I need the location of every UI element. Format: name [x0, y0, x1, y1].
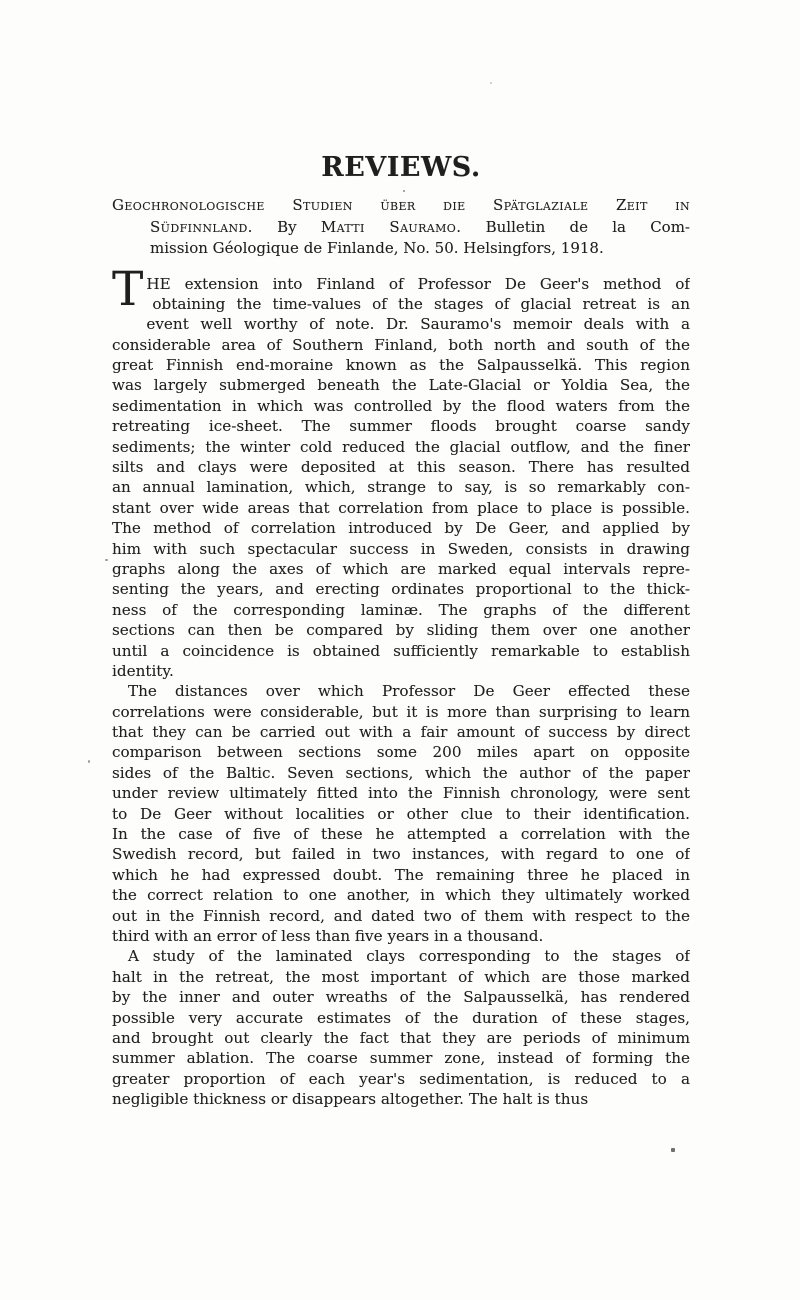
- text-line: by the inner and outer wreaths of the Sa…: [112, 987, 690, 1007]
- text-line: ness of the corresponding laminæ. The gr…: [112, 600, 690, 620]
- text-line: which he had expressed doubt. The remain…: [112, 865, 690, 885]
- citation-line: Südfinnland. By Matti Sauramo. Bulletin …: [112, 217, 690, 239]
- text-line: out in the Finnish record, and dated two…: [112, 906, 690, 926]
- citation-line: Geochronologische Studien über die Spätg…: [112, 195, 690, 217]
- text-line: senting the years, and erecting ordinate…: [112, 579, 690, 599]
- text-line: negligible thickness or disappears altog…: [112, 1089, 690, 1109]
- text-line: obtaining the time-values of the stages …: [146, 294, 690, 314]
- text-line: correlations were considerable, but it i…: [112, 702, 690, 722]
- citation-text-segment: Bulletin de la Com-: [461, 218, 690, 236]
- scan-speck: [105, 559, 108, 561]
- text-column: REVIEWS. Geochronologische Studien über …: [112, 153, 690, 1110]
- text-line: was largely submerged beneath the Late-G…: [112, 375, 690, 395]
- text-line: sections can then be compared by sliding…: [112, 620, 690, 640]
- scan-speck: [490, 82, 492, 84]
- paragraph: THE extension into Finland of Professor …: [112, 274, 690, 682]
- text-line: In the case of five of these he attempte…: [112, 824, 690, 844]
- text-line: third with an error of less than five ye…: [112, 926, 690, 946]
- text-line: him with such spectacular success in Swe…: [112, 539, 690, 559]
- drop-cap: T: [112, 274, 143, 315]
- text-line: under review ultimately fitted into the …: [112, 783, 690, 803]
- text-line: considerable area of Southern Finland, b…: [112, 335, 690, 355]
- paragraph: The distances over which Professor De Ge…: [112, 681, 690, 946]
- text-line: stant over wide areas that correlation f…: [112, 498, 690, 518]
- citation: Geochronologische Studien über die Spätg…: [112, 195, 690, 260]
- page-title: REVIEWS.: [112, 153, 690, 183]
- text-line: that they can be carried out with a fair…: [112, 722, 690, 742]
- text-line: summer ablation. The coarse summer zone,…: [112, 1048, 690, 1068]
- citation-title-segment: Matti Sauramo.: [321, 218, 462, 236]
- text-line: and brought out clearly the fact that th…: [112, 1028, 690, 1048]
- text-line: comparison between sections some 200 mil…: [112, 742, 690, 762]
- text-line: HE extension into Finland of Professor D…: [146, 274, 690, 294]
- text-line: A study of the laminated clays correspon…: [112, 946, 690, 966]
- text-line: silts and clays were deposited at this s…: [112, 457, 690, 477]
- scanned-document-page: REVIEWS. Geochronologische Studien über …: [0, 0, 800, 1300]
- text-line: sedimentation in which was controlled by…: [112, 396, 690, 416]
- article-body: THE extension into Finland of Professor …: [112, 274, 690, 1110]
- text-line: greater proportion of each year's sedime…: [112, 1069, 690, 1089]
- text-line: graphs along the axes of which are marke…: [112, 559, 690, 579]
- text-line: to De Geer without localities or other c…: [112, 804, 690, 824]
- citation-title-segment: Südfinnland.: [150, 218, 253, 236]
- text-line: The method of correlation introduced by …: [112, 518, 690, 538]
- text-line: Swedish record, but failed in two instan…: [112, 844, 690, 864]
- citation-text-segment: By: [253, 218, 321, 236]
- scan-speck: [88, 760, 90, 763]
- text-line: The distances over which Professor De Ge…: [112, 681, 690, 701]
- text-line: until a coincidence is obtained sufficie…: [112, 641, 690, 661]
- text-line: the correct relation to one another, in …: [112, 885, 690, 905]
- citation-line: mission Géologique de Finlande, No. 50. …: [112, 238, 690, 260]
- text-line: retreating ice-sheet. The summer floods …: [112, 416, 690, 436]
- citation-title-segment: Geochronologische Studien über die Spätg…: [112, 196, 690, 214]
- text-line: identity.: [112, 661, 690, 681]
- text-line: halt in the retreat, the most important …: [112, 967, 690, 987]
- text-line: possible very accurate estimates of the …: [112, 1008, 690, 1028]
- scan-speck: [671, 1148, 675, 1152]
- text-line: sediments; the winter cold reduced the g…: [112, 437, 690, 457]
- paragraph: A study of the laminated clays correspon…: [112, 946, 690, 1109]
- text-line: great Finnish end-moraine known as the S…: [112, 355, 690, 375]
- text-line: an annual lamination, which, strange to …: [112, 477, 690, 497]
- citation-text-segment: mission Géologique de Finlande, No. 50. …: [150, 239, 604, 257]
- text-line: sides of the Baltic. Seven sections, whi…: [112, 763, 690, 783]
- text-line: event well worthy of note. Dr. Sauramo's…: [146, 314, 690, 334]
